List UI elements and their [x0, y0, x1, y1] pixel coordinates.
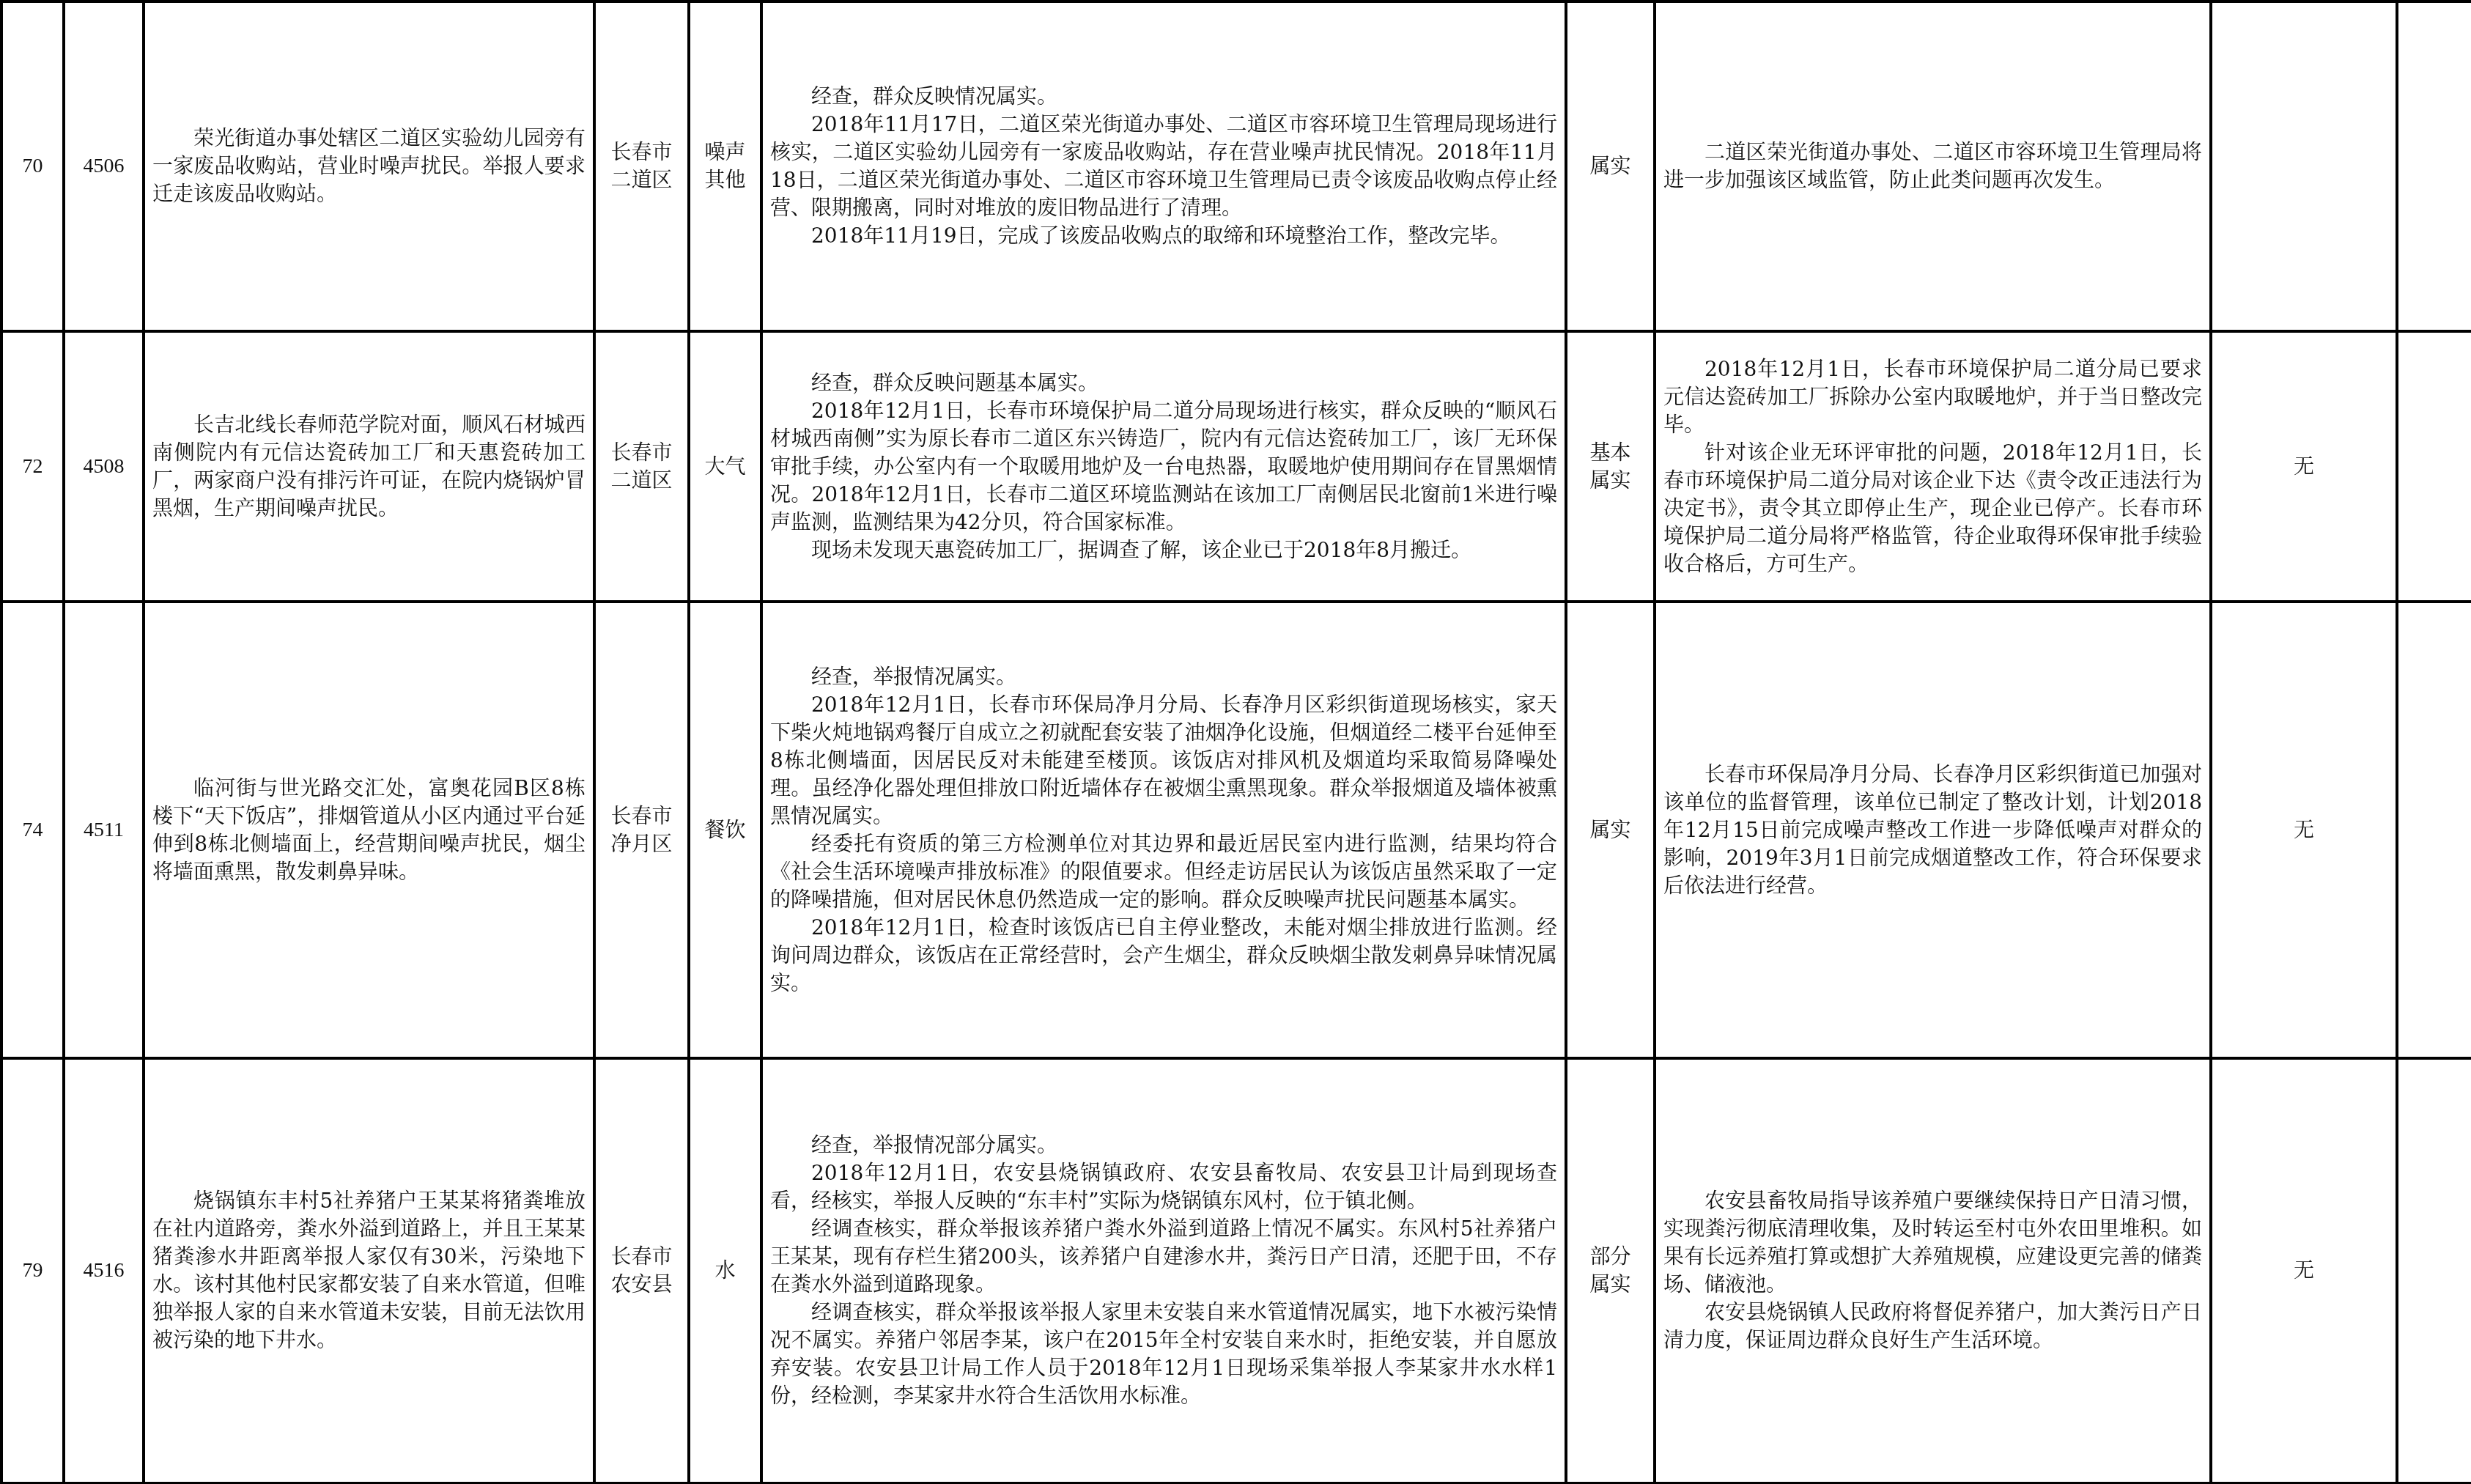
pollution-type: 餐饮 [689, 602, 761, 1058]
type-line: 噪声 [698, 139, 753, 166]
remark [2397, 1058, 2471, 1483]
handling-paragraph: 二道区荣光街道办事处、二道区市容环境卫生管理局将进一步加强该区域监管，防止此类问… [1663, 139, 2202, 194]
row-number: 72 [1, 331, 64, 602]
verdict-line: 属实 [1575, 467, 1646, 495]
accountability [2211, 1, 2397, 331]
area-line: 二道区 [603, 467, 680, 495]
finding-paragraph: 2018年11月17日，二道区荣光街道办事处、二道区市容环境卫生管理局现场进行核… [770, 111, 1557, 222]
area-line: 长春市 [603, 139, 680, 166]
finding-paragraph: 经查，举报情况部分属实。 [770, 1132, 1557, 1159]
handling-paragraph: 2018年12月1日，长春市环境保护局二道分局已要求元信达瓷砖加工厂拆除办公室内… [1663, 355, 2202, 439]
complaint-content: 长吉北线长春师范学院对面，顺风石材城西南侧院内有元信达瓷砖加工厂和天惠瓷砖加工厂… [144, 331, 594, 602]
investigation-findings: 经查，举报情况部分属实。2018年12月1日，农安县烧锅镇政府、农安县畜牧局、农… [761, 1058, 1566, 1483]
area-line: 长春市 [603, 439, 680, 467]
case-id: 4516 [64, 1058, 144, 1483]
handling-rectification: 二道区荣光街道办事处、二道区市容环境卫生管理局将进一步加强该区域监管，防止此类问… [1655, 1, 2211, 331]
finding-paragraph: 经查，群众反映情况属实。 [770, 83, 1557, 111]
verdict-line: 基本 [1575, 439, 1646, 467]
remark [2397, 602, 2471, 1058]
complaint-content: 临河街与世光路交汇处，富奥花园B区8栋楼下“天下饭店”，排烟管道从小区内通过平台… [144, 602, 594, 1058]
finding-paragraph: 经委托有资质的第三方检测单位对其边界和最近居民室内进行监测，结果均符合《社会生活… [770, 830, 1557, 914]
handling-paragraph: 长春市环保局净月分局、长春净月区彩织街道已加强对该单位的监督管理，该单位已制定了… [1663, 761, 2202, 900]
finding-paragraph: 经查，群众反映问题基本属实。 [770, 369, 1557, 397]
verdict-line: 部分 [1575, 1243, 1646, 1271]
verdict-line: 属实 [1575, 816, 1646, 844]
row-number: 79 [1, 1058, 64, 1483]
complaint-table: 70 4506 荣光街道办事处辖区二道区实验幼儿园旁有一家废品收购站，营业时噪声… [0, 0, 2471, 1484]
administrative-area: 长春市二道区 [594, 331, 689, 602]
complaint-text: 临河街与世光路交汇处，富奥花园B区8栋楼下“天下饭店”，排烟管道从小区内通过平台… [152, 775, 586, 886]
finding-paragraph: 2018年11月19日，完成了该废品收购点的取缔和环境整治工作，整改完毕。 [770, 222, 1557, 250]
verdict: 基本属实 [1566, 331, 1655, 602]
administrative-area: 长春市二道区 [594, 1, 689, 331]
area-line: 农安县 [603, 1271, 680, 1299]
table-row: 70 4506 荣光街道办事处辖区二道区实验幼儿园旁有一家废品收购站，营业时噪声… [1, 1, 2471, 331]
verdict-line: 属实 [1575, 152, 1646, 180]
handling-rectification: 2018年12月1日，长春市环境保护局二道分局已要求元信达瓷砖加工厂拆除办公室内… [1655, 331, 2211, 602]
finding-paragraph: 经调查核实，群众举报该举报人家里未安装自来水管道情况属实，地下水被污染情况不属实… [770, 1299, 1557, 1410]
type-line: 水 [698, 1257, 753, 1285]
case-id: 4508 [64, 331, 144, 602]
row-number: 74 [1, 602, 64, 1058]
finding-paragraph: 2018年12月1日，长春市环境保护局二道分局现场进行核实，群众反映的“顺风石材… [770, 397, 1557, 536]
accountability: 无 [2211, 602, 2397, 1058]
complaint-content: 烧锅镇东丰村5社养猪户王某某将猪粪堆放在社内道路旁，粪水外溢到道路上，并且王某某… [144, 1058, 594, 1483]
table-row: 72 4508 长吉北线长春师范学院对面，顺风石材城西南侧院内有元信达瓷砖加工厂… [1, 331, 2471, 602]
complaint-content: 荣光街道办事处辖区二道区实验幼儿园旁有一家废品收购站，营业时噪声扰民。举报人要求… [144, 1, 594, 331]
investigation-findings: 经查，群众反映情况属实。2018年11月17日，二道区荣光街道办事处、二道区市容… [761, 1, 1566, 331]
area-line: 长春市 [603, 802, 680, 830]
handling-rectification: 农安县畜牧局指导该养殖户要继续保持日产日清习惯，实现粪污彻底清理收集，及时转运至… [1655, 1058, 2211, 1483]
row-number: 70 [1, 1, 64, 331]
finding-paragraph: 经调查核实，群众举报该养猪户粪水外溢到道路上情况不属实。东风村5社养猪户王某某，… [770, 1215, 1557, 1299]
investigation-findings: 经查，群众反映问题基本属实。2018年12月1日，长春市环境保护局二道分局现场进… [761, 331, 1566, 602]
finding-paragraph: 2018年12月1日，长春市环保局净月分局、长春净月区彩织街道现场核实，家天下柴… [770, 691, 1557, 830]
handling-paragraph: 针对该企业无环评审批的问题，2018年12月1日，长春市环境保护局二道分局对该企… [1663, 439, 2202, 578]
finding-paragraph: 经查，举报情况属实。 [770, 663, 1557, 691]
verdict: 属实 [1566, 1, 1655, 331]
finding-paragraph: 现场未发现天惠瓷砖加工厂，据调查了解，该企业已于2018年8月搬迁。 [770, 536, 1557, 564]
handling-rectification: 长春市环保局净月分局、长春净月区彩织街道已加强对该单位的监督管理，该单位已制定了… [1655, 602, 2211, 1058]
handling-paragraph: 农安县畜牧局指导该养殖户要继续保持日产日清习惯，实现粪污彻底清理收集，及时转运至… [1663, 1187, 2202, 1299]
handling-paragraph: 农安县烧锅镇人民政府将督促养猪户，加大粪污日产日清力度，保证周边群众良好生产生活… [1663, 1299, 2202, 1354]
finding-paragraph: 2018年12月1日，农安县烧锅镇政府、农安县畜牧局、农安县卫计局到现场查看，经… [770, 1159, 1557, 1215]
verdict-line: 属实 [1575, 1271, 1646, 1299]
complaint-text: 荣光街道办事处辖区二道区实验幼儿园旁有一家废品收购站，营业时噪声扰民。举报人要求… [152, 125, 586, 208]
table-row: 74 4511 临河街与世光路交汇处，富奥花园B区8栋楼下“天下饭店”，排烟管道… [1, 602, 2471, 1058]
accountability: 无 [2211, 331, 2397, 602]
verdict: 属实 [1566, 602, 1655, 1058]
case-id: 4511 [64, 602, 144, 1058]
remark [2397, 1, 2471, 331]
area-line: 净月区 [603, 830, 680, 858]
pollution-type: 水 [689, 1058, 761, 1483]
remark [2397, 331, 2471, 602]
complaint-text: 长吉北线长春师范学院对面，顺风石材城西南侧院内有元信达瓷砖加工厂和天惠瓷砖加工厂… [152, 411, 586, 523]
administrative-area: 长春市净月区 [594, 602, 689, 1058]
area-line: 长春市 [603, 1243, 680, 1271]
type-line: 餐饮 [698, 816, 753, 844]
type-line: 其他 [698, 166, 753, 194]
pollution-type: 噪声其他 [689, 1, 761, 331]
type-line: 大气 [698, 453, 753, 481]
complaint-text: 烧锅镇东丰村5社养猪户王某某将猪粪堆放在社内道路旁，粪水外溢到道路上，并且王某某… [152, 1187, 586, 1354]
accountability: 无 [2211, 1058, 2397, 1483]
investigation-findings: 经查，举报情况属实。2018年12月1日，长春市环保局净月分局、长春净月区彩织街… [761, 602, 1566, 1058]
finding-paragraph: 2018年12月1日，检查时该饭店已自主停业整改，未能对烟尘排放进行监测。经询问… [770, 914, 1557, 997]
verdict: 部分属实 [1566, 1058, 1655, 1483]
area-line: 二道区 [603, 166, 680, 194]
administrative-area: 长春市农安县 [594, 1058, 689, 1483]
pollution-type: 大气 [689, 331, 761, 602]
table-row: 79 4516 烧锅镇东丰村5社养猪户王某某将猪粪堆放在社内道路旁，粪水外溢到道… [1, 1058, 2471, 1483]
case-id: 4506 [64, 1, 144, 331]
